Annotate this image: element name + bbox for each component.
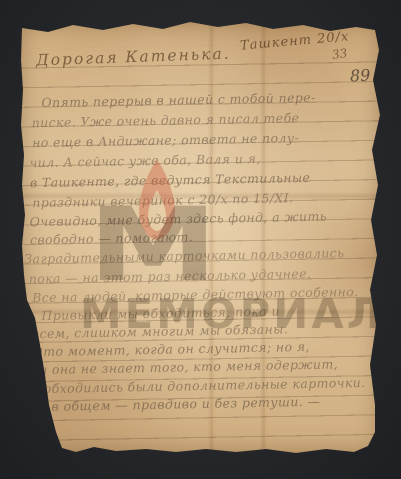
letter-line: ни она не знает того, кто меня одержит, [30,356,338,377]
letter-line: свободно — помогают. [30,229,193,247]
letter-line: Заградительными карточками пользовались [24,245,344,266]
letter-line: но еще в Андижане; ответа не полу- [32,130,299,150]
letter-line: Привыкли мы обходиться, пока и [41,303,280,323]
letter-line: А в общем — правдиво и без ретуши. — [37,394,320,414]
letter-line: Все на людей, которые действуют особенно… [32,284,359,305]
letter-line: праздники вечеринок с 20/х по 15/XI. [32,190,293,210]
letter-line: Это момент, когда он случится; но я, [33,339,310,359]
letter-line: всем, слишком многим мы обязаны. [32,321,289,341]
letter-body: Опять перерыв в нашей с тобой пере- писк… [14,17,386,460]
letter-line: Опять перерыв в нашей с тобой пере- [41,90,316,110]
letter-line: писке. Уже очень давно я писал тебе [32,110,300,130]
letter-line: в Ташкенте, где ведутся Текстильные [30,170,311,190]
letter-paper: Ташкент 20/х 33 89 Дорогая Катенька. Опя… [18,20,382,456]
scan-background: Ташкент 20/х 33 89 Дорогая Катенька. Опя… [0,0,401,479]
letter-line: Очевидно, мне будет здесь фонд, а жить [30,209,327,230]
letter-line: пока — на этот раз несколько удачнее. [29,266,312,286]
letter-line: чил. А сейчас уже оба, Валя и я, [29,151,260,170]
